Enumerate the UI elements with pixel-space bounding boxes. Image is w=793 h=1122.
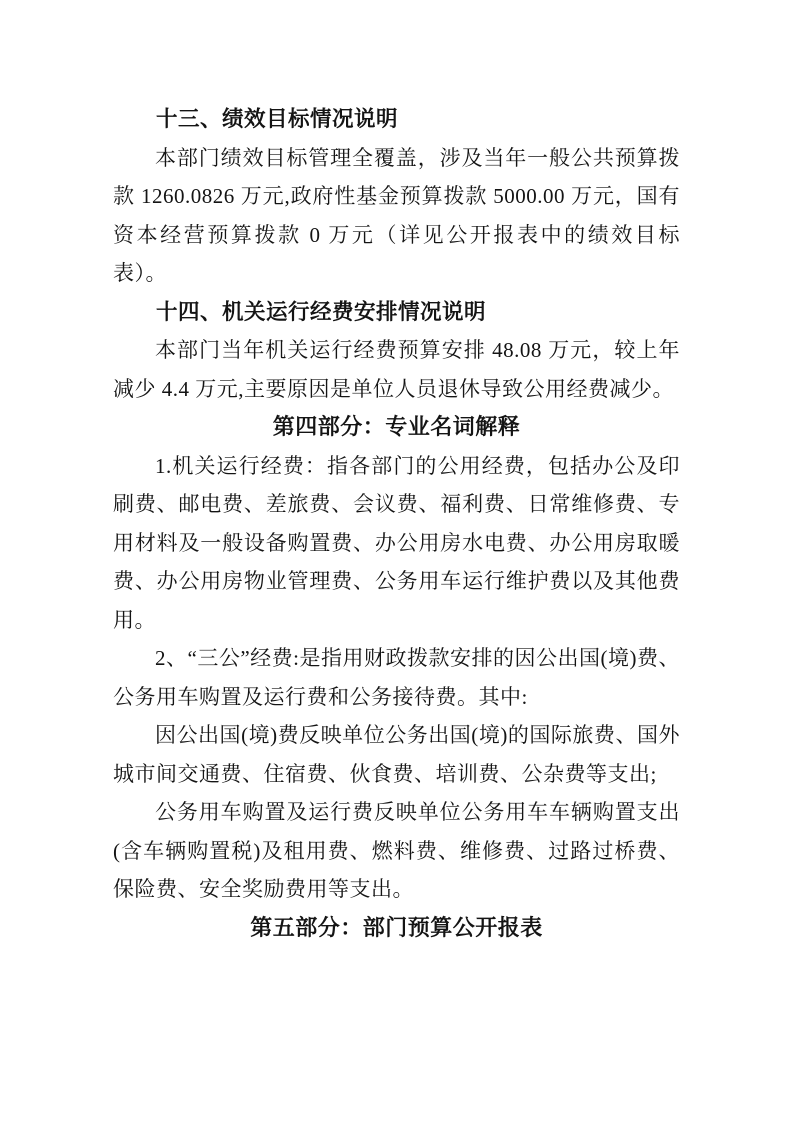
term-2-abroad-expenses-paragraph: 因公出国(境)费反映单位公务出国(境)的国际旅费、国外城市间交通费、住宿费、伙食… — [113, 716, 680, 793]
term-2-three-public-expenses-definition-paragraph: 2、“三公”经费:是指用财政拨款安排的因公出国(境)费、公务用车购置及运行费和公… — [113, 639, 680, 716]
document-page: 十三、绩效目标情况说明 本部门绩效目标管理全覆盖，涉及当年一般公共预算拨款 12… — [0, 0, 793, 1122]
document-content: 十三、绩效目标情况说明 本部门绩效目标管理全覆盖，涉及当年一般公共预算拨款 12… — [113, 100, 680, 947]
term-2-vehicle-expenses-paragraph: 公务用车购置及运行费反映单位公务用车车辆购置支出(含车辆购置税)及租用费、燃料费… — [113, 793, 680, 909]
part-5-heading: 第五部分：部门预算公开报表 — [113, 909, 680, 948]
section-14-heading: 十四、机关运行经费安排情况说明 — [113, 293, 680, 332]
section-13-heading: 十三、绩效目标情况说明 — [113, 100, 680, 139]
term-1-operating-funds-definition-paragraph: 1.机关运行经费：指各部门的公用经费，包括办公及印刷费、邮电费、差旅费、会议费、… — [113, 447, 680, 640]
part-4-heading: 第四部分：专业名词解释 — [113, 408, 680, 447]
section-14-operating-funds-paragraph: 本部门当年机关运行经费预算安排 48.08 万元，较上年减少 4.4 万元,主要… — [113, 331, 680, 408]
section-13-performance-paragraph: 本部门绩效目标管理全覆盖，涉及当年一般公共预算拨款 1260.0826 万元,政… — [113, 139, 680, 293]
